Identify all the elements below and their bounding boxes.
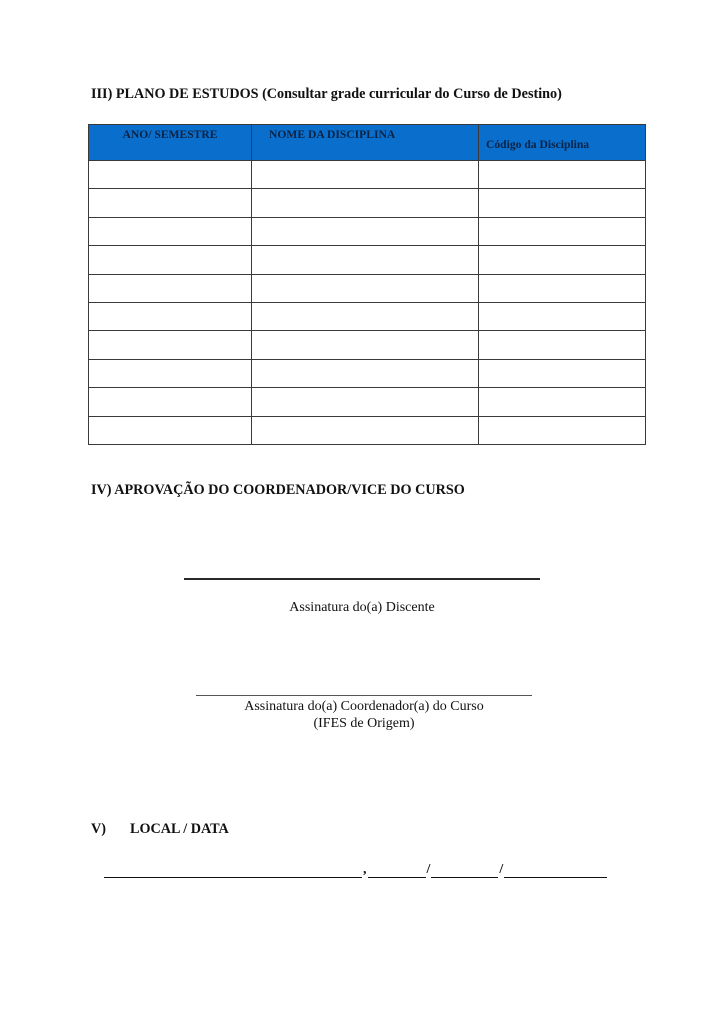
- student-signature-line[interactable]: [184, 578, 540, 580]
- column-header-label: NOME DA DISCIPLINA: [252, 125, 478, 141]
- year-semester-input[interactable]: [89, 218, 251, 245]
- table-row: [89, 161, 646, 189]
- column-header-label: ANO/ SEMESTRE: [89, 125, 251, 141]
- course-code-input[interactable]: [479, 161, 645, 188]
- year-semester-cell[interactable]: [89, 246, 252, 274]
- course-name-input[interactable]: [252, 388, 478, 415]
- year-semester-input[interactable]: [89, 189, 251, 216]
- year-semester-input[interactable]: [89, 360, 251, 387]
- coordinator-signature-block: Assinatura do(a) Coordenador(a) do Curso…: [196, 698, 532, 732]
- study-plan-table: ANO/ SEMESTRE NOME DA DISCIPLINA Código …: [88, 124, 646, 445]
- course-code-cell[interactable]: [479, 246, 646, 274]
- course-name-input[interactable]: [252, 218, 478, 245]
- course-code-input[interactable]: [479, 275, 645, 302]
- student-signature-label: Assinatura do(a) Discente: [184, 600, 540, 616]
- course-code-cell[interactable]: [479, 331, 646, 359]
- course-name-cell[interactable]: [252, 217, 479, 245]
- year-semester-input[interactable]: [89, 161, 251, 188]
- column-header-label: Código da Disciplina: [479, 135, 645, 151]
- course-code-input[interactable]: [479, 303, 645, 330]
- section-5-label: LOCAL / DATA: [130, 821, 229, 837]
- course-name-input[interactable]: [252, 417, 478, 444]
- course-code-input[interactable]: [479, 246, 645, 273]
- course-code-cell[interactable]: [479, 161, 646, 189]
- course-name-input[interactable]: [252, 303, 478, 330]
- course-name-cell[interactable]: [252, 331, 479, 359]
- course-code-cell[interactable]: [479, 217, 646, 245]
- course-code-input[interactable]: [479, 360, 645, 387]
- section-3-title: III) PLANO DE ESTUDOS (Consultar grade c…: [91, 86, 562, 103]
- coordinator-signature-line[interactable]: [196, 695, 532, 696]
- coordinator-signature-sublabel: (IFES de Origem): [196, 715, 532, 732]
- year-semester-cell[interactable]: [89, 161, 252, 189]
- course-name-cell[interactable]: [252, 359, 479, 387]
- year-semester-input[interactable]: [89, 331, 251, 358]
- table-row: [89, 274, 646, 302]
- table-row: [89, 416, 646, 444]
- table-row: [89, 302, 646, 330]
- table-row: [89, 189, 646, 217]
- course-name-input[interactable]: [252, 161, 478, 188]
- year-semester-cell[interactable]: [89, 359, 252, 387]
- coordinator-signature-label: Assinatura do(a) Coordenador(a) do Curso: [196, 698, 532, 715]
- year-semester-input[interactable]: [89, 303, 251, 330]
- course-name-input[interactable]: [252, 275, 478, 302]
- year-semester-input[interactable]: [89, 417, 251, 444]
- course-name-input[interactable]: [252, 331, 478, 358]
- table-row: [89, 217, 646, 245]
- course-code-input[interactable]: [479, 331, 645, 358]
- course-name-cell[interactable]: [252, 161, 479, 189]
- section-5-number: V): [91, 821, 130, 838]
- course-code-cell[interactable]: [479, 274, 646, 302]
- section-4-title: IV) APROVAÇÃO DO COORDENADOR/VICE DO CUR…: [91, 482, 465, 499]
- column-header-course-code: Código da Disciplina: [479, 125, 646, 161]
- year-semester-cell[interactable]: [89, 274, 252, 302]
- day-field[interactable]: [368, 863, 426, 878]
- course-name-input[interactable]: [252, 189, 478, 216]
- course-code-cell[interactable]: [479, 416, 646, 444]
- column-header-course-name: NOME DA DISCIPLINA: [252, 125, 479, 161]
- course-name-cell[interactable]: [252, 274, 479, 302]
- course-name-cell[interactable]: [252, 388, 479, 416]
- column-header-year-semester: ANO/ SEMESTRE: [89, 125, 252, 161]
- local-field[interactable]: [104, 863, 362, 878]
- year-semester-input[interactable]: [89, 246, 251, 273]
- course-code-input[interactable]: [479, 388, 645, 415]
- year-semester-cell[interactable]: [89, 189, 252, 217]
- table-header-row: ANO/ SEMESTRE NOME DA DISCIPLINA Código …: [89, 125, 646, 161]
- course-name-cell[interactable]: [252, 246, 479, 274]
- year-semester-cell[interactable]: [89, 217, 252, 245]
- course-code-cell[interactable]: [479, 302, 646, 330]
- table-body: [89, 161, 646, 445]
- course-name-input[interactable]: [252, 360, 478, 387]
- year-semester-input[interactable]: [89, 275, 251, 302]
- year-semester-cell[interactable]: [89, 416, 252, 444]
- section-5-title: V)LOCAL / DATA: [91, 821, 229, 838]
- table-row: [89, 246, 646, 274]
- table-row: [89, 331, 646, 359]
- table-row: [89, 359, 646, 387]
- year-semester-cell[interactable]: [89, 388, 252, 416]
- course-name-cell[interactable]: [252, 302, 479, 330]
- year-semester-cell[interactable]: [89, 331, 252, 359]
- course-code-input[interactable]: [479, 218, 645, 245]
- year-semester-cell[interactable]: [89, 302, 252, 330]
- course-name-cell[interactable]: [252, 416, 479, 444]
- course-name-input[interactable]: [252, 246, 478, 273]
- course-code-input[interactable]: [479, 189, 645, 216]
- course-code-cell[interactable]: [479, 189, 646, 217]
- course-code-cell[interactable]: [479, 388, 646, 416]
- year-semester-input[interactable]: [89, 388, 251, 415]
- course-code-cell[interactable]: [479, 359, 646, 387]
- local-date-line: , / /: [104, 862, 607, 878]
- course-code-input[interactable]: [479, 417, 645, 444]
- month-field[interactable]: [431, 863, 498, 878]
- course-name-cell[interactable]: [252, 189, 479, 217]
- year-field[interactable]: [504, 863, 607, 878]
- table-row: [89, 388, 646, 416]
